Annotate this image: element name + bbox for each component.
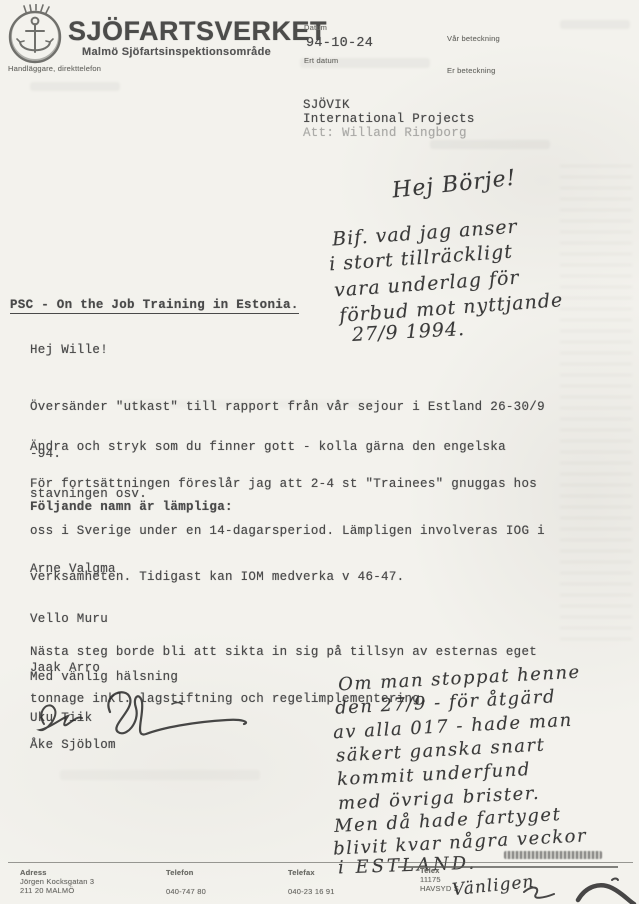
names-intro: Följande namn är lämpliga:: [30, 500, 233, 516]
footer-telex-label: Telex: [420, 866, 459, 875]
footer-address-label: Adress: [20, 868, 94, 877]
scanned-letter-page: { "header": { "org_name": "SJÖFARTSVERKE…: [0, 0, 639, 904]
footer-phone-block: Telefon 040-747 80: [166, 868, 206, 896]
signer-name: Åke Sjöblom: [30, 738, 116, 754]
your-ref-label: Er beteckning: [447, 66, 495, 75]
footer-rule: [8, 862, 633, 863]
bleed-through-artifact: [30, 82, 120, 91]
handwriting-flourish: [520, 874, 639, 904]
subject-line: PSC - On the Job Training in Estonia.: [10, 298, 299, 314]
footer-fax-value: 040-23 16 91: [288, 887, 335, 896]
bleed-through-artifact: [60, 770, 260, 780]
bleed-through-artifact: [430, 140, 550, 149]
org-name: SJÖFARTSVERKET: [68, 16, 327, 47]
sjofartsverket-anchor-logo-icon: [6, 4, 64, 66]
greeting: Hej Wille!: [30, 343, 108, 359]
footer-fax-label: Telefax: [288, 868, 335, 877]
bleed-through-artifact: [120, 400, 380, 408]
footer-address-line: Jörgen Kocksgatan 3: [20, 877, 94, 886]
bleed-through-artifact: [560, 20, 630, 29]
handler-label: Handläggare, direkttelefon: [8, 64, 101, 73]
body-line: Nästa steg borde bli att sikta in sig på…: [30, 645, 537, 661]
footer-fax-block: Telefax 040-23 16 91: [288, 868, 335, 896]
date-label: Datum: [304, 23, 327, 32]
our-ref-label: Vår beteckning: [447, 34, 500, 43]
handnote-top-line: Hej Börje!: [391, 166, 518, 204]
footer-address-line: 211 20 MALMÖ: [20, 886, 94, 895]
illegible-stamp: [504, 851, 602, 859]
footer-address-block: Adress Jörgen Kocksgatan 3 211 20 MALMÖ: [20, 868, 94, 895]
name-item: Arne Valgma: [30, 561, 116, 578]
date-value: 94-10-24: [306, 36, 373, 52]
footer-phone-label: Telefon: [166, 868, 206, 877]
body-line: För fortsättningen föreslår jag att 2-4 …: [30, 477, 545, 493]
bleed-through-artifact: [560, 165, 632, 645]
bleed-through-artifact: [300, 58, 430, 68]
subject-text: PSC - On the Job Training in Estonia.: [10, 298, 299, 314]
footer-phone-value: 040-747 80: [166, 887, 206, 896]
handnote-top-line: 27/9 1994.: [352, 318, 466, 346]
org-unit: Malmö Sjöfartsinspektionsområde: [82, 46, 271, 58]
